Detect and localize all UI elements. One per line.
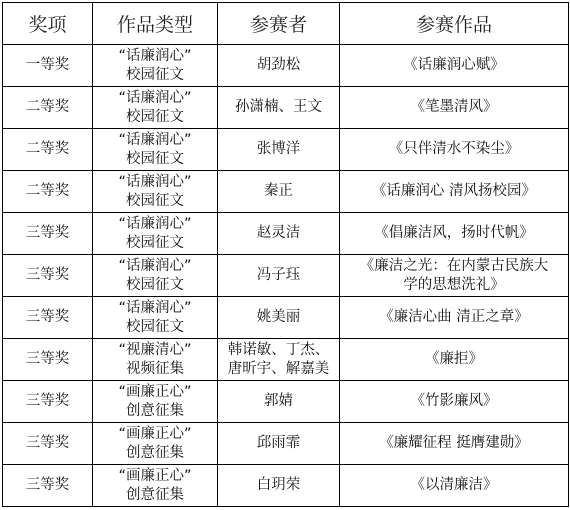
entrant-line-1: 孙潇楠、王文 [218, 98, 339, 117]
table-row: 二等奖 “话廉润心”校园征文 孙潇楠、王文 《笔墨清风》 [3, 87, 569, 129]
table-row: 一等奖 “话廉润心”校园征文 胡劲松 《话廉润心赋》 [3, 45, 569, 87]
type-line-1: “画廉正心” [93, 425, 217, 444]
award-text: 三等奖 [3, 266, 92, 285]
award-cell: 三等奖 [3, 339, 93, 381]
header-row: 奖项 作品类型 参赛者 参赛作品 [3, 3, 569, 45]
award-text: 三等奖 [3, 224, 92, 243]
type-line-1: “话廉润心” [93, 173, 217, 192]
type-line-1: “视廉清心” [93, 341, 217, 360]
entrant-cell: 韩诺敏、丁杰、唐昕宇、解嘉美 [218, 339, 340, 381]
award-cell: 三等奖 [3, 381, 93, 423]
work-line-1: 《廉拒》 [340, 350, 568, 369]
work-line-1: 《笔墨清风》 [340, 98, 568, 117]
type-line-2: 创意征集 [93, 444, 217, 463]
entrant-line-2: 唐昕宇、解嘉美 [218, 360, 339, 379]
award-table: 奖项 作品类型 参赛者 参赛作品 一等奖 “话廉润心”校园征文 胡劲松 《话廉润… [2, 2, 569, 507]
table-body: 一等奖 “话廉润心”校园征文 胡劲松 《话廉润心赋》 二等奖 “话廉润心”校园征… [3, 45, 569, 507]
type-line-2: 校园征文 [93, 108, 217, 127]
entrant-line-1: 邱雨霏 [218, 434, 339, 453]
entrant-line-1: 姚美丽 [218, 308, 339, 327]
type-line-2: 校园征文 [93, 192, 217, 211]
type-cell: “话廉润心”校园征文 [93, 45, 218, 87]
work-cell: 《廉耀征程 挺膺建勋》 [340, 423, 569, 465]
work-line-1: 《话廉润心赋》 [340, 56, 568, 75]
table-row: 三等奖 “话廉润心”校园征文 冯子珏 《廉洁之光：在内蒙古民族大学的思想洗礼》 [3, 255, 569, 297]
type-line-1: “画廉正心” [93, 467, 217, 486]
type-cell: “话廉润心”校园征文 [93, 87, 218, 129]
entrant-cell: 郭婧 [218, 381, 340, 423]
work-cell: 《竹影廉风》 [340, 381, 569, 423]
table-row: 二等奖 “话廉润心”校园征文 张博洋 《只伴清水不染尘》 [3, 129, 569, 171]
entrant-cell: 姚美丽 [218, 297, 340, 339]
type-line-1: “话廉润心” [93, 257, 217, 276]
type-line-1: “话廉润心” [93, 47, 217, 66]
work-line-1: 《竹影廉风》 [340, 392, 568, 411]
entrant-cell: 秦正 [218, 171, 340, 213]
award-text: 三等奖 [3, 308, 92, 327]
award-cell: 三等奖 [3, 213, 93, 255]
entrant-line-1: 郭婧 [218, 392, 339, 411]
type-cell: “视廉清心”视频征集 [93, 339, 218, 381]
work-line-1: 《倡廉洁风，扬时代帆》 [340, 224, 568, 243]
award-table-container: 奖项 作品类型 参赛者 参赛作品 一等奖 “话廉润心”校园征文 胡劲松 《话廉润… [2, 2, 569, 507]
type-line-1: “画廉正心” [93, 383, 217, 402]
type-cell: “话廉润心”校园征文 [93, 297, 218, 339]
type-cell: “画廉正心”创意征集 [93, 423, 218, 465]
work-line-1: 《廉耀征程 挺膺建勋》 [340, 434, 568, 453]
award-text: 二等奖 [3, 140, 92, 159]
type-line-2: 校园征文 [93, 66, 217, 85]
entrant-cell: 白玥荣 [218, 465, 340, 507]
work-cell: 《倡廉洁风，扬时代帆》 [340, 213, 569, 255]
award-text: 二等奖 [3, 182, 92, 201]
type-cell: “画廉正心”创意征集 [93, 465, 218, 507]
type-line-2: 校园征文 [93, 234, 217, 253]
work-line-2: 学的思想洗礼》 [340, 276, 568, 295]
type-line-2: 创意征集 [93, 486, 217, 505]
work-cell: 《廉洁之光：在内蒙古民族大学的思想洗礼》 [340, 255, 569, 297]
entrant-line-1: 秦正 [218, 182, 339, 201]
entrant-line-1: 赵灵洁 [218, 224, 339, 243]
entrant-cell: 邱雨霏 [218, 423, 340, 465]
table-row: 三等奖 “画廉正心”创意征集 郭婧 《竹影廉风》 [3, 381, 569, 423]
type-line-2: 创意征集 [93, 402, 217, 421]
type-line-2: 校园征文 [93, 276, 217, 295]
entrant-line-1: 胡劲松 [218, 56, 339, 75]
award-cell: 二等奖 [3, 171, 93, 213]
work-line-1: 《廉洁之光：在内蒙古民族大 [340, 257, 568, 276]
type-cell: “话廉润心”校园征文 [93, 213, 218, 255]
work-line-1: 《话廉润心 清风扬校园》 [340, 182, 568, 201]
type-cell: “话廉润心”校园征文 [93, 255, 218, 297]
header-type: 作品类型 [93, 3, 218, 45]
work-cell: 《话廉润心赋》 [340, 45, 569, 87]
award-text: 三等奖 [3, 476, 92, 495]
type-line-1: “话廉润心” [93, 299, 217, 318]
table-row: 三等奖 “视廉清心”视频征集 韩诺敏、丁杰、唐昕宇、解嘉美 《廉拒》 [3, 339, 569, 381]
award-cell: 一等奖 [3, 45, 93, 87]
award-cell: 三等奖 [3, 423, 93, 465]
award-text: 一等奖 [3, 56, 92, 75]
type-line-2: 校园征文 [93, 318, 217, 337]
work-cell: 《廉拒》 [340, 339, 569, 381]
table-row: 三等奖 “话廉润心”校园征文 姚美丽 《廉洁心曲 清正之章》 [3, 297, 569, 339]
entrant-cell: 冯子珏 [218, 255, 340, 297]
type-cell: “画廉正心”创意征集 [93, 381, 218, 423]
header-entrant: 参赛者 [218, 3, 340, 45]
table-row: 三等奖 “画廉正心”创意征集 白玥荣 《以清廉洁》 [3, 465, 569, 507]
entrant-cell: 孙潇楠、王文 [218, 87, 340, 129]
type-line-1: “话廉润心” [93, 215, 217, 234]
table-row: 三等奖 “画廉正心”创意征集 邱雨霏 《廉耀征程 挺膺建勋》 [3, 423, 569, 465]
award-text: 二等奖 [3, 98, 92, 117]
work-cell: 《以清廉洁》 [340, 465, 569, 507]
entrant-line-1: 白玥荣 [218, 476, 339, 495]
type-cell: “话廉润心”校园征文 [93, 129, 218, 171]
work-cell: 《话廉润心 清风扬校园》 [340, 171, 569, 213]
entrant-cell: 胡劲松 [218, 45, 340, 87]
award-cell: 二等奖 [3, 87, 93, 129]
entrant-cell: 张博洋 [218, 129, 340, 171]
entrant-line-1: 韩诺敏、丁杰、 [218, 341, 339, 360]
work-line-1: 《以清廉洁》 [340, 476, 568, 495]
header-award: 奖项 [3, 3, 93, 45]
table-row: 二等奖 “话廉润心”校园征文 秦正 《话廉润心 清风扬校园》 [3, 171, 569, 213]
award-cell: 三等奖 [3, 297, 93, 339]
type-line-2: 校园征文 [93, 150, 217, 169]
award-text: 三等奖 [3, 350, 92, 369]
entrant-cell: 赵灵洁 [218, 213, 340, 255]
award-cell: 三等奖 [3, 465, 93, 507]
award-cell: 三等奖 [3, 255, 93, 297]
award-text: 三等奖 [3, 434, 92, 453]
work-line-1: 《廉洁心曲 清正之章》 [340, 308, 568, 327]
entrant-line-1: 张博洋 [218, 140, 339, 159]
award-cell: 二等奖 [3, 129, 93, 171]
work-line-1: 《只伴清水不染尘》 [340, 140, 568, 159]
award-text: 三等奖 [3, 392, 92, 411]
type-line-2: 视频征集 [93, 360, 217, 379]
type-line-1: “话廉润心” [93, 89, 217, 108]
work-cell: 《笔墨清风》 [340, 87, 569, 129]
work-cell: 《只伴清水不染尘》 [340, 129, 569, 171]
entrant-line-1: 冯子珏 [218, 266, 339, 285]
table-row: 三等奖 “话廉润心”校园征文 赵灵洁 《倡廉洁风，扬时代帆》 [3, 213, 569, 255]
type-cell: “话廉润心”校园征文 [93, 171, 218, 213]
type-line-1: “话廉润心” [93, 131, 217, 150]
work-cell: 《廉洁心曲 清正之章》 [340, 297, 569, 339]
header-work: 参赛作品 [340, 3, 569, 45]
